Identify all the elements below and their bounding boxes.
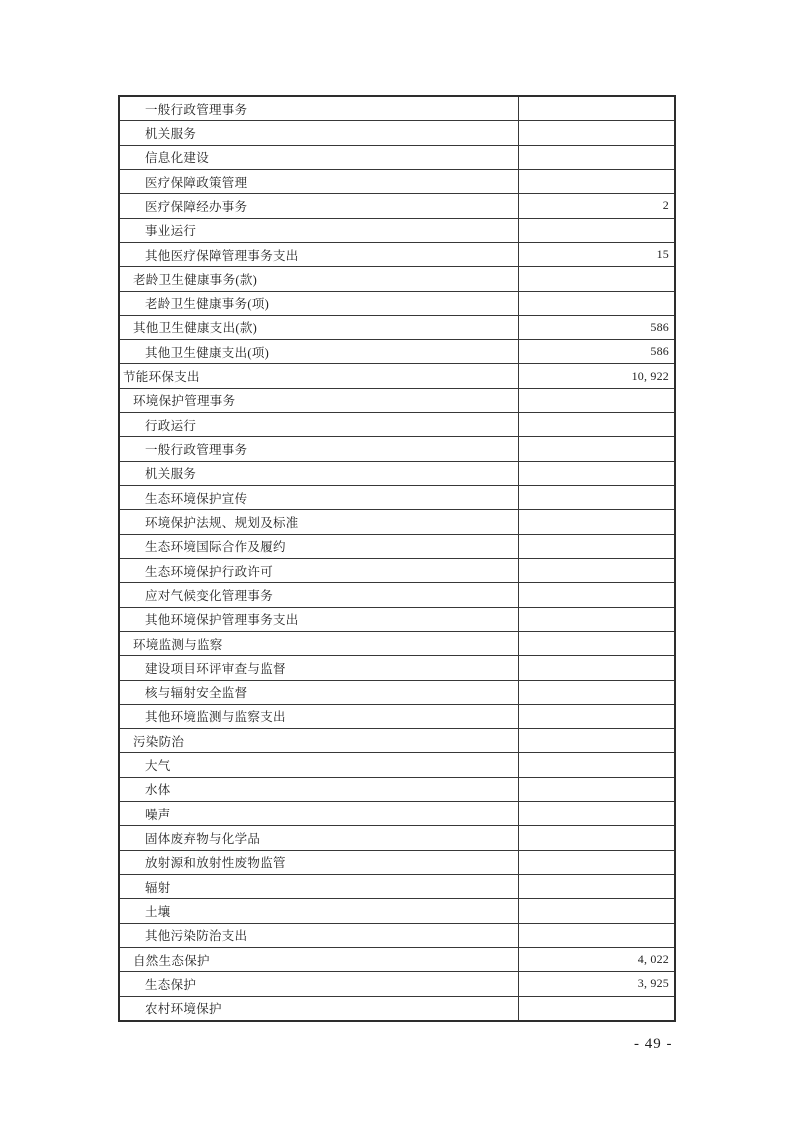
row-label: 固体废弃物与化学品: [120, 826, 519, 849]
row-value: [519, 97, 674, 120]
row-value: [519, 729, 674, 752]
row-value: [519, 753, 674, 776]
row-value: [519, 437, 674, 460]
row-value: [519, 997, 674, 1020]
row-value: [519, 802, 674, 825]
row-label: 核与辐射安全监督: [120, 681, 519, 704]
row-label: 建设项目环评审查与监督: [120, 656, 519, 679]
document-page: 一般行政管理事务 机关服务 信息化建设 医疗保障政策管理 医疗保障经办事务 2 …: [0, 0, 793, 1122]
row-value: [519, 535, 674, 558]
table-row: 机关服务: [120, 462, 674, 486]
table-row: 噪声: [120, 802, 674, 826]
row-value: [519, 875, 674, 898]
row-label: 机关服务: [120, 121, 519, 144]
row-value: [519, 121, 674, 144]
table-row: 医疗保障政策管理: [120, 170, 674, 194]
table-row: 核与辐射安全监督: [120, 681, 674, 705]
row-value: 4, 022: [519, 948, 674, 971]
row-label: 其他卫生健康支出(项): [120, 340, 519, 363]
row-value: 3, 925: [519, 972, 674, 995]
table-row: 生态环境保护行政许可: [120, 559, 674, 583]
row-value: [519, 656, 674, 679]
row-value: [519, 389, 674, 412]
row-label: 环境监测与监察: [120, 632, 519, 655]
row-label: 其他医疗保障管理事务支出: [120, 243, 519, 266]
table-row: 其他医疗保障管理事务支出 15: [120, 243, 674, 267]
row-value: [519, 510, 674, 533]
row-value: 586: [519, 340, 674, 363]
row-value: [519, 899, 674, 922]
row-label: 生态保护: [120, 972, 519, 995]
row-label: 机关服务: [120, 462, 519, 485]
row-value: [519, 681, 674, 704]
row-label: 自然生态保护: [120, 948, 519, 971]
row-value: [519, 851, 674, 874]
table-row: 其他环境保护管理事务支出: [120, 608, 674, 632]
table-row: 一般行政管理事务: [120, 97, 674, 121]
row-label: 节能环保支出: [120, 364, 519, 387]
row-label: 生态环境保护宣传: [120, 486, 519, 509]
table-row: 环境监测与监察: [120, 632, 674, 656]
row-value: [519, 146, 674, 169]
row-label: 辐射: [120, 875, 519, 898]
row-value: [519, 778, 674, 801]
table-row: 医疗保障经办事务 2: [120, 194, 674, 218]
table-row: 土壤: [120, 899, 674, 923]
row-label: 生态环境国际合作及履约: [120, 535, 519, 558]
table-row: 其他环境监测与监察支出: [120, 705, 674, 729]
row-label: 其他污染防治支出: [120, 924, 519, 947]
row-label: 其他环境监测与监察支出: [120, 705, 519, 728]
row-label: 其他环境保护管理事务支出: [120, 608, 519, 631]
row-label: 一般行政管理事务: [120, 437, 519, 460]
row-value: 586: [519, 316, 674, 339]
row-value: 10, 922: [519, 364, 674, 387]
row-label: 医疗保障政策管理: [120, 170, 519, 193]
row-value: [519, 462, 674, 485]
row-label: 大气: [120, 753, 519, 776]
table-row: 老龄卫生健康事务(款): [120, 267, 674, 291]
row-label: 一般行政管理事务: [120, 97, 519, 120]
table-row: 生态保护 3, 925: [120, 972, 674, 996]
row-label: 老龄卫生健康事务(款): [120, 267, 519, 290]
row-value: [519, 486, 674, 509]
row-value: [519, 413, 674, 436]
table-row: 生态环境国际合作及履约: [120, 535, 674, 559]
row-label: 应对气候变化管理事务: [120, 583, 519, 606]
row-value: [519, 705, 674, 728]
row-label: 环境保护法规、规划及标准: [120, 510, 519, 533]
table-row: 固体废弃物与化学品: [120, 826, 674, 850]
page-number: - 49 -: [634, 1036, 673, 1053]
row-label: 行政运行: [120, 413, 519, 436]
table-row: 污染防治: [120, 729, 674, 753]
table-row: 农村环境保护: [120, 997, 674, 1020]
table-row: 行政运行: [120, 413, 674, 437]
row-label: 污染防治: [120, 729, 519, 752]
row-value: 15: [519, 243, 674, 266]
row-value: [519, 924, 674, 947]
table-row: 信息化建设: [120, 146, 674, 170]
row-label: 其他卫生健康支出(款): [120, 316, 519, 339]
row-label: 水体: [120, 778, 519, 801]
table-row: 水体: [120, 778, 674, 802]
table-row: 事业运行: [120, 219, 674, 243]
table-row: 建设项目环评审查与监督: [120, 656, 674, 680]
table-row: 其他卫生健康支出(款) 586: [120, 316, 674, 340]
table-row: 放射源和放射性废物监管: [120, 851, 674, 875]
budget-table: 一般行政管理事务 机关服务 信息化建设 医疗保障政策管理 医疗保障经办事务 2 …: [118, 95, 676, 1022]
row-value: [519, 632, 674, 655]
row-label: 土壤: [120, 899, 519, 922]
table-row: 机关服务: [120, 121, 674, 145]
table-row: 自然生态保护 4, 022: [120, 948, 674, 972]
table-row: 大气: [120, 753, 674, 777]
row-value: 2: [519, 194, 674, 217]
row-label: 生态环境保护行政许可: [120, 559, 519, 582]
row-value: [519, 826, 674, 849]
table-row: 环境保护法规、规划及标准: [120, 510, 674, 534]
row-value: [519, 583, 674, 606]
table-row: 应对气候变化管理事务: [120, 583, 674, 607]
table-row: 辐射: [120, 875, 674, 899]
row-label: 农村环境保护: [120, 997, 519, 1020]
row-value: [519, 219, 674, 242]
table-row: 老龄卫生健康事务(项): [120, 292, 674, 316]
table-row: 环境保护管理事务: [120, 389, 674, 413]
table-row: 生态环境保护宣传: [120, 486, 674, 510]
row-value: [519, 170, 674, 193]
row-value: [519, 292, 674, 315]
row-label: 医疗保障经办事务: [120, 194, 519, 217]
table-row: 节能环保支出 10, 922: [120, 364, 674, 388]
table-row: 其他卫生健康支出(项) 586: [120, 340, 674, 364]
row-label: 噪声: [120, 802, 519, 825]
row-value: [519, 267, 674, 290]
row-label: 事业运行: [120, 219, 519, 242]
row-label: 老龄卫生健康事务(项): [120, 292, 519, 315]
table-row: 其他污染防治支出: [120, 924, 674, 948]
table-row: 一般行政管理事务: [120, 437, 674, 461]
row-label: 信息化建设: [120, 146, 519, 169]
row-label: 放射源和放射性废物监管: [120, 851, 519, 874]
row-value: [519, 559, 674, 582]
row-label: 环境保护管理事务: [120, 389, 519, 412]
row-value: [519, 608, 674, 631]
